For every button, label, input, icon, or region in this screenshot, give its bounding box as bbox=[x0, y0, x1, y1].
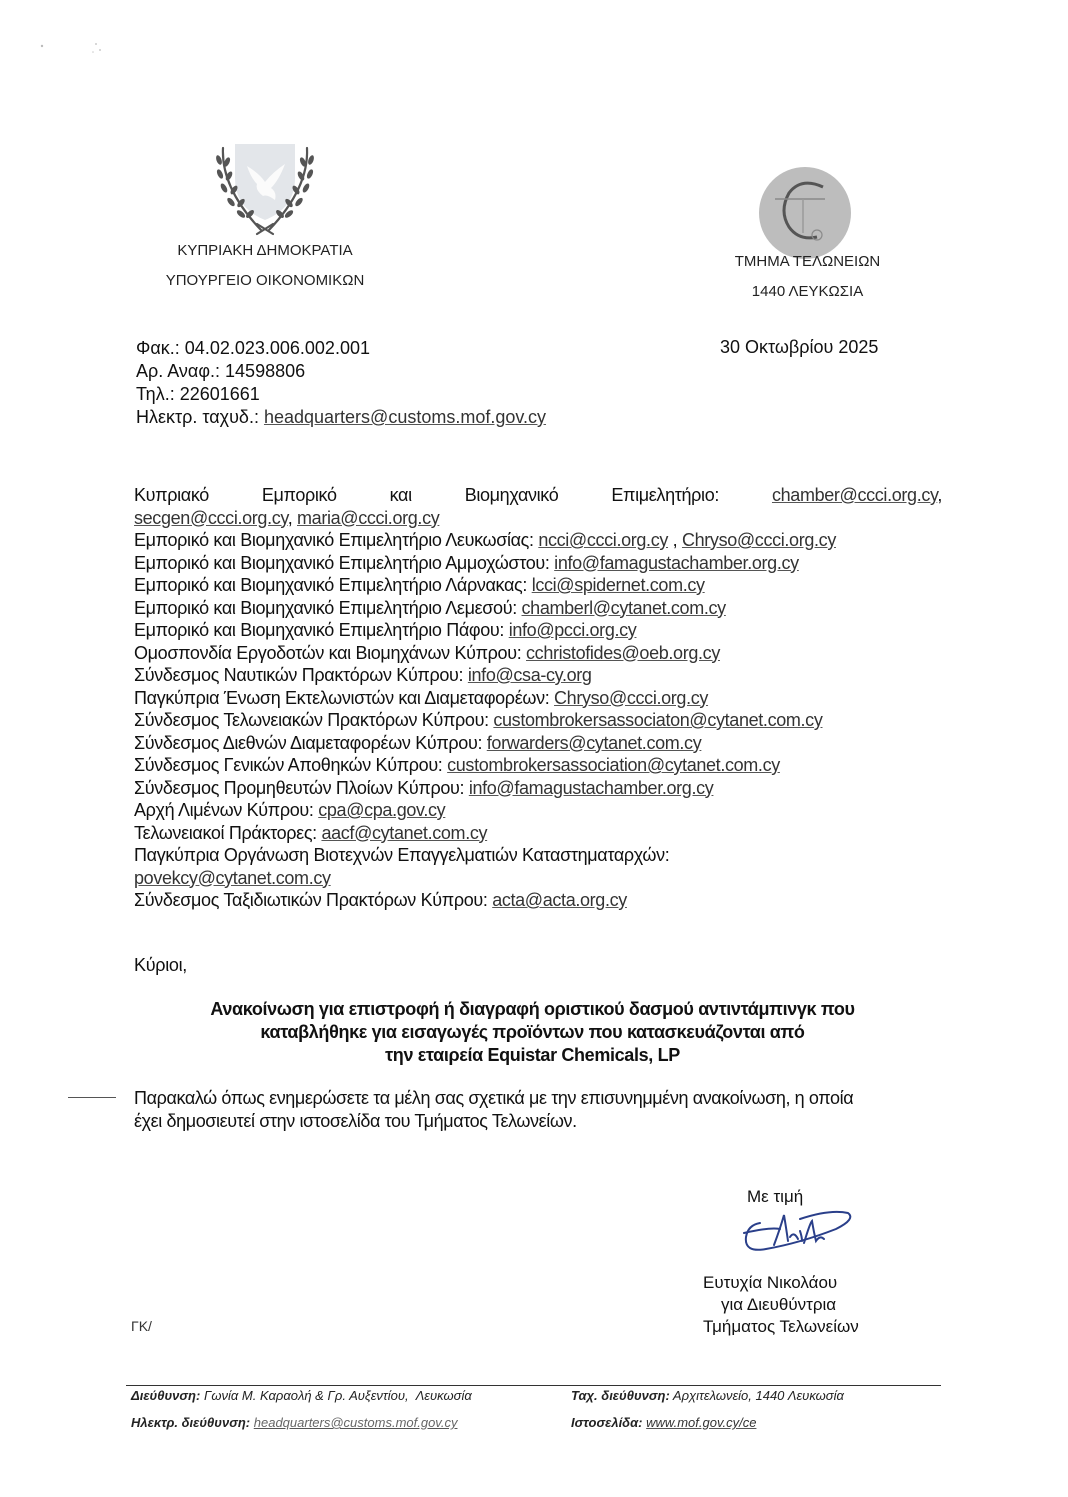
body-line: έχει δημοσιευτεί στην ιστοσελίδα του Τμή… bbox=[134, 1110, 944, 1133]
recipient-name-part: Βιομηχανικό bbox=[465, 484, 559, 507]
recipient-name-part: Εμπορικό bbox=[262, 484, 337, 507]
footer-address-value: Γωνία Μ. Καραολή & Γρ. Αυξεντίου, Λευκωσ… bbox=[204, 1388, 472, 1403]
footer-address-label: Διεύθυνση: bbox=[131, 1388, 200, 1403]
recipient-row: Κυπριακό Εμπορικό και Βιομηχανικό Επιμελ… bbox=[134, 484, 942, 507]
recipient-email-link[interactable]: aacf@cytanet.com.cy bbox=[321, 823, 487, 843]
recipient-name: Εμπορικό και Βιομηχανικό Επιμελητήριο Λά… bbox=[134, 575, 527, 595]
closing-greeting: Με τιμή bbox=[747, 1187, 803, 1207]
footer-website-label: Ιστοσελίδα: bbox=[571, 1415, 643, 1430]
file-ref-row: Φακ.: 04.02.023.006.002.001 bbox=[136, 337, 546, 360]
phone-value: 22601661 bbox=[180, 384, 260, 404]
recipient-name: Εμπορικό και Βιομηχανικό Επιμελητήριο Λε… bbox=[134, 598, 517, 618]
phone-label: Τηλ.: bbox=[136, 384, 175, 404]
department-name: ΤΜΗΜΑ ΤΕΛΩΝΕΙΩΝ bbox=[700, 247, 915, 277]
recipient-name: Ομοσπονδία Εργοδοτών και Βιομηχάνων Κύπρ… bbox=[134, 643, 521, 663]
recipient-email-link[interactable]: custombrokersassociaton@cytanet.com.cy bbox=[493, 710, 822, 730]
scan-artifact bbox=[38, 40, 108, 65]
recipient-email-link[interactable]: ncci@ccci.org.cy bbox=[538, 530, 668, 550]
subject-heading: Ανακοίνωση για επιστροφή ή διαγραφή ορισ… bbox=[130, 998, 935, 1067]
recipient-name-part: και bbox=[390, 484, 412, 507]
signatory-role: για Διευθύντρια bbox=[703, 1294, 859, 1316]
footer-postal-value: Αρχιτελωνείο, 1440 Λευκωσία bbox=[673, 1388, 844, 1403]
recipient-name: Σύνδεσμος Γενικών Αποθηκών Κύπρου: bbox=[134, 755, 442, 775]
republic-name: ΚΥΠΡΙΑΚΗ ΔΗΜΟΚΡΑΤΙΑ bbox=[140, 236, 390, 266]
recipient-row: Ομοσπονδία Εργοδοτών και Βιομηχάνων Κύπρ… bbox=[134, 642, 942, 665]
letter-date: 30 Οκτωβρίου 2025 bbox=[720, 337, 878, 358]
ministry-name: ΥΠΟΥΡΓΕΙΟ ΟΙΚΟΝΟΜΙΚΩΝ bbox=[140, 266, 390, 296]
handwritten-signature-icon bbox=[740, 1209, 860, 1264]
ref-number-row: Αρ. Αναφ.: 14598806 bbox=[136, 360, 546, 383]
recipient-email-link[interactable]: info@csa-cy.org bbox=[468, 665, 592, 685]
recipient-row: Σύνδεσμος Ταξιδιωτικών Πρακτόρων Κύπρου:… bbox=[134, 889, 942, 912]
recipient-email-link[interactable]: secgen@ccci.org.cy bbox=[134, 508, 288, 528]
recipient-row: Τελωνειακοί Πράκτορες: aacf@cytanet.com.… bbox=[134, 822, 942, 845]
recipient-email-link[interactable]: chamberl@cytanet.com.cy bbox=[522, 598, 726, 618]
recipient-email-link[interactable]: info@famagustachamber.org.cy bbox=[469, 778, 714, 798]
fold-mark bbox=[68, 1097, 116, 1098]
recipient-row: Παγκύπρια Οργάνωση Βιοτεχνών Επαγγελματι… bbox=[134, 844, 942, 867]
recipient-email-link[interactable]: chamber@ccci.org.cy bbox=[772, 485, 937, 505]
footer-website-link[interactable]: www.mof.gov.cy/ce bbox=[646, 1415, 756, 1430]
recipient-row: Παγκύπρια Ένωση Εκτελωνιστών και Διαμετα… bbox=[134, 687, 942, 710]
recipient-row: Εμπορικό και Βιομηχανικό Επιμελητήριο Λε… bbox=[134, 597, 942, 620]
recipient-row: Σύνδεσμος Προμηθευτών Πλοίων Κύπρου: inf… bbox=[134, 777, 942, 800]
recipient-email-link[interactable]: cpa@cpa.gov.cy bbox=[318, 800, 445, 820]
recipient-name: Σύνδεσμος Τελωνειακών Πρακτόρων Κύπρου: bbox=[134, 710, 489, 730]
recipient-name-part: Επιμελητήριο: bbox=[611, 484, 719, 507]
recipient-row-continued: secgen@ccci.org.cy, maria@ccci.org.cy bbox=[134, 507, 942, 530]
email-row: Ηλεκτρ. ταχυδ.: headquarters@customs.mof… bbox=[136, 406, 546, 429]
email-link[interactable]: headquarters@customs.mof.gov.cy bbox=[264, 407, 546, 427]
recipient-email-link[interactable]: maria@ccci.org.cy bbox=[297, 508, 439, 528]
recipient-name: Παγκύπρια Ένωση Εκτελωνιστών και Διαμετα… bbox=[134, 688, 549, 708]
recipient-email-link[interactable]: forwarders@cytanet.com.cy bbox=[487, 733, 702, 753]
footer-address: Διεύθυνση: Γωνία Μ. Καραολή & Γρ. Αυξεντ… bbox=[131, 1388, 472, 1403]
subject-line: Ανακοίνωση για επιστροφή ή διαγραφή ορισ… bbox=[130, 998, 935, 1021]
recipient-row: Σύνδεσμος Διεθνών Διαμεταφορέων Κύπρου: … bbox=[134, 732, 942, 755]
footer-email: Ηλεκτρ. διεύθυνση: headquarters@customs.… bbox=[131, 1415, 457, 1430]
footer-email-label: Ηλεκτρ. διεύθυνση: bbox=[131, 1415, 250, 1430]
recipient-row: Εμπορικό και Βιομηχανικό Επιμελητήριο Αμ… bbox=[134, 552, 942, 575]
recipients-list: Κυπριακό Εμπορικό και Βιομηχανικό Επιμελ… bbox=[134, 484, 942, 912]
recipient-name-part: Κυπριακό bbox=[134, 484, 209, 507]
recipient-name: Τελωνειακοί Πράκτορες: bbox=[134, 823, 317, 843]
signatory-department: Τμήματος Τελωνείων bbox=[703, 1316, 859, 1338]
footer-postal: Ταχ. διεύθυνση: Αρχιτελωνείο, 1440 Λευκω… bbox=[571, 1388, 844, 1403]
email-label: Ηλεκτρ. ταχυδ.: bbox=[136, 407, 259, 427]
recipient-name: Εμπορικό και Βιομηχανικό Επιμελητήριο Λε… bbox=[134, 530, 534, 550]
recipient-name: Σύνδεσμος Διεθνών Διαμεταφορέων Κύπρου: bbox=[134, 733, 482, 753]
recipient-email-link[interactable]: custombrokersassociation@cytanet.com.cy bbox=[447, 755, 780, 775]
salutation: Κύριοι, bbox=[134, 955, 187, 976]
recipient-name: Σύνδεσμος Προμηθευτών Πλοίων Κύπρου: bbox=[134, 778, 464, 798]
department-header: ΤΜΗΜΑ ΤΕΛΩΝΕΙΩΝ 1440 ΛΕΥΚΩΣΙΑ bbox=[700, 247, 915, 307]
signatory-name: Ευτυχία Νικολάου bbox=[703, 1272, 859, 1294]
department-address: 1440 ΛΕΥΚΩΣΙΑ bbox=[700, 277, 915, 307]
recipient-row: Σύνδεσμος Τελωνειακών Πρακτόρων Κύπρου: … bbox=[134, 709, 942, 732]
reference-block: Φακ.: 04.02.023.006.002.001 Αρ. Αναφ.: 1… bbox=[136, 337, 546, 429]
subject-line: καταβλήθηκε για εισαγωγές προϊόντων που … bbox=[130, 1021, 935, 1044]
recipient-row: Αρχή Λιμένων Κύπρου: cpa@cpa.gov.cy bbox=[134, 799, 942, 822]
recipient-name: Σύνδεσμος Ναυτικών Πρακτόρων Κύπρου: bbox=[134, 665, 463, 685]
recipient-email-link[interactable]: lcci@spidernet.com.cy bbox=[532, 575, 705, 595]
recipient-row: Σύνδεσμος Γενικών Αποθηκών Κύπρου: custo… bbox=[134, 754, 942, 777]
recipient-row: Εμπορικό και Βιομηχανικό Επιμελητήριο Λά… bbox=[134, 574, 942, 597]
recipient-name: Εμπορικό και Βιομηχανικό Επιμελητήριο Πά… bbox=[134, 620, 504, 640]
recipient-name: Αρχή Λιμένων Κύπρου: bbox=[134, 800, 314, 820]
recipient-name: Παγκύπρια Οργάνωση Βιοτεχνών Επαγγελματι… bbox=[134, 845, 669, 865]
recipient-email-link[interactable]: info@pcci.org.cy bbox=[509, 620, 637, 640]
recipient-email-link[interactable]: acta@acta.org.cy bbox=[492, 890, 627, 910]
footer-website: Ιστοσελίδα: www.mof.gov.cy/ce bbox=[571, 1415, 756, 1430]
phone-row: Τηλ.: 22601661 bbox=[136, 383, 546, 406]
typist-initials: ΓΚ/ bbox=[131, 1318, 152, 1334]
recipient-email-link[interactable]: cchristofides@oeb.org.cy bbox=[526, 643, 720, 663]
recipient-email-link[interactable]: povekcy@cytanet.com.cy bbox=[134, 868, 331, 888]
body-paragraph: Παρακαλώ όπως ενημερώσετε τα μέλη σας σχ… bbox=[134, 1087, 944, 1133]
file-label: Φακ.: bbox=[136, 338, 180, 358]
recipient-row-continued: povekcy@cytanet.com.cy bbox=[134, 867, 942, 890]
footer-email-link[interactable]: headquarters@customs.mof.gov.cy bbox=[254, 1415, 458, 1430]
recipient-email-link[interactable]: info@famagustachamber.org.cy bbox=[554, 553, 799, 573]
body-line: Παρακαλώ όπως ενημερώσετε τα μέλη σας σχ… bbox=[134, 1087, 944, 1110]
recipient-name: Σύνδεσμος Ταξιδιωτικών Πρακτόρων Κύπρου: bbox=[134, 890, 488, 910]
subject-line: την εταιρεία Equistar Chemicals, LP bbox=[130, 1044, 935, 1067]
recipient-email-link[interactable]: Chryso@ccci.org.cy bbox=[682, 530, 836, 550]
footer-postal-label: Ταχ. διεύθυνση: bbox=[571, 1388, 670, 1403]
recipient-row: Εμπορικό και Βιομηχανικό Επιμελητήριο Πά… bbox=[134, 619, 942, 642]
recipient-email-link[interactable]: Chryso@ccci.org.cy bbox=[554, 688, 708, 708]
recipient-name: Εμπορικό και Βιομηχανικό Επιμελητήριο Αμ… bbox=[134, 553, 550, 573]
ref-label: Αρ. Αναφ.: bbox=[136, 361, 220, 381]
ministry-header: ΚΥΠΡΙΑΚΗ ΔΗΜΟΚΡΑΤΙΑ ΥΠΟΥΡΓΕΙΟ ΟΙΚΟΝΟΜΙΚΩ… bbox=[140, 236, 390, 296]
ref-value: 14598806 bbox=[225, 361, 305, 381]
recipient-row: Σύνδεσμος Ναυτικών Πρακτόρων Κύπρου: inf… bbox=[134, 664, 942, 687]
cyprus-coat-of-arms-icon bbox=[205, 138, 325, 238]
recipient-row: Εμπορικό και Βιομηχανικό Επιμελητήριο Λε… bbox=[134, 529, 942, 552]
file-value: 04.02.023.006.002.001 bbox=[185, 338, 370, 358]
footer-divider bbox=[126, 1385, 941, 1386]
signatory: Ευτυχία Νικολάου για Διευθύντρια Τμήματο… bbox=[703, 1272, 859, 1338]
